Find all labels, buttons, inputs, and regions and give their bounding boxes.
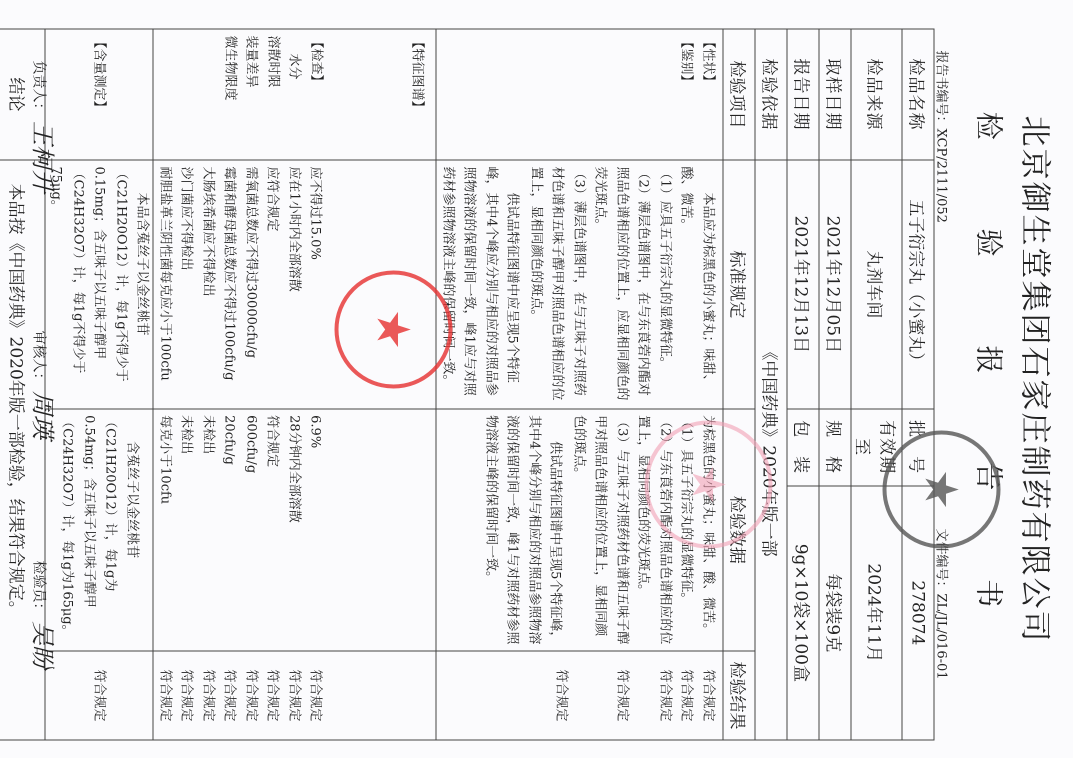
data-text: 每克小于10cfu [154,415,176,644]
result-text: 符合规定 [283,658,305,734]
data-text: 6.9% [305,415,327,644]
responsible-signature: 王柯升 [29,121,57,193]
fingerprint-data: 供试品特征图谱中呈现5个特征峰，其中4个峰分别与相应的对照品参照物溶液的保留时间… [480,415,566,644]
fingerprint-standard: 供试品特征图谱中应呈现5个特征峰，其中4个峰应分别与相应的对照品参照物溶液的保留… [437,167,523,403]
data-text: 未检出 [197,415,219,644]
result-text: 符合规定 [262,658,284,734]
standard-text: 大肠埃希菌应不得检出 [197,167,219,403]
report-number-label: 报告书编号： [934,51,949,129]
label: 有效期至 [851,409,902,486]
file-number-label: 文件编号： [934,529,949,594]
reviewer-label: 审核人： [31,331,47,387]
standard-text: 耐胆盐革兰阴性菌每克应小于100cfu [154,167,176,403]
identity-items: 【性状】 【鉴别】 [437,29,724,160]
signature-reviewer: 审核人： 周瑛 [28,331,63,439]
signature-responsible: 负责人： 王柯升 [28,61,63,193]
standard-text: 需氧菌总数应不得过30000cfu/g [240,167,262,403]
result-text: 符合规定 [154,658,176,734]
item-weight-variation: 装量差异 [241,36,263,154]
standard-text: （2）薄层色谱图中，在与东莨菪内酯对照品色谱相应的位置上，应显相同颜色的荧光斑点… [590,167,655,403]
product-name: 五子衍宗丸（小蜜丸） [902,160,934,409]
file-number-value: ZL/JL/016-01 [934,594,949,680]
result-text: 符合规定 [197,658,219,734]
data-text: （1）具五子衍宗丸的显微特征。 [676,415,698,644]
label: 批 号 [902,409,934,486]
checks-data: 6.9% 28分钟内全部溶散 符合规定 600cfu/g 20cfu/g 未检出… [154,409,437,651]
result-text: 符合规定 [240,658,262,734]
result-text: 符合规定 [305,658,327,734]
signature-inspector: 检验员： 吴盼 [28,561,63,669]
label: 包 装 [787,409,819,486]
standard-text: （1）应具五子衍宗丸的显微特征。 [654,167,676,403]
inspector-signature: 吴盼 [29,621,57,669]
item-assay: 【含量测定】 [89,36,111,154]
identity-data: 为棕黑色的小蜜丸；味甜、酸、微苦。 （1）具五子衍宗丸的显微特征。 （2）与东莨… [437,409,724,651]
standard-text: 应不得过15.0% [305,167,327,403]
report-number: 报告书编号：XCP/2111/052 [934,51,953,223]
table-row: 【特征图谱】 【检查】 水分 溶散时限 装量差异 微生物限度 应不得过15.0%… [154,29,437,740]
item-identification: 【鉴别】 [676,36,698,154]
item-checks: 【检查】 [305,36,327,154]
checks-standard: 应不得过15.0% 应在1小时内全部溶散 应符合规定 需氧菌总数应不得过3000… [154,160,437,409]
item-fingerprint: 【特征图谱】 [407,36,429,154]
inspector-label: 检验员： [31,561,47,617]
col-item: 检验项目 [723,29,755,160]
standard-text: （3）薄层色谱图中，在与五味子对照药材色谱和五味子醇甲对照品色谱相应的位置上，显… [525,167,590,403]
info-row: 检验依据 《中国药典》2020年版一部 [755,29,787,740]
sample-source: 丸剂车间 [851,160,902,409]
company-title: 北京御生堂集团石家庄制药有限公司 [1016,1,1061,758]
document-title: 检 验 报 告 书 [971,1,1011,758]
inspection-report-page: 北京御生堂集团石家庄制药有限公司 检 验 报 告 书 报告书编号：XCP/211… [0,1,1073,758]
data-text: （2）与东莨菪内酯对照品色谱相应的位置上，显相同颜色的荧光斑点。 [633,415,676,644]
item-disintegration: 溶散时限 [262,36,284,154]
info-row: 报告日期 2021年12月13日 包 装 9g×10袋×100盒 [787,29,819,740]
data-text: 符合规定 [262,415,284,644]
data-text: （3）与五味子对照药材色谱和五味子醇甲对照品色谱相应的位置上，显相同颜色的斑点。 [568,415,633,644]
result-text: 符合规定 [676,658,698,734]
report-date: 2021年12月13日 [787,160,819,409]
label: 检品名称 [902,29,934,160]
file-number: 文件编号：ZL/JL/016-01 [934,529,953,680]
result-text: 符合规定 [219,658,241,734]
result-text: 符合规定 [550,658,572,734]
col-data: 检验数据 [723,409,755,651]
info-row: 检品名称 五子衍宗丸（小蜜丸） 批 号 278074 [902,29,934,740]
item-appearance: 【性状】 [697,36,719,154]
label: 检验依据 [755,29,787,160]
inspection-basis: 《中国药典》2020年版一部 [755,160,787,740]
column-header-row: 检验项目 标准规定 检验数据 检验结果 [723,29,755,740]
report-table: 检品名称 五子衍宗丸（小蜜丸） 批 号 278074 检品来源 丸剂车间 有效期… [0,29,935,741]
info-row: 检品来源 丸剂车间 有效期至 2024年11月 [851,29,902,740]
standard-text: 本品应为棕黑色的小蜜丸；味甜、酸、微苦。 [676,167,719,403]
result-text: 符合规定 [612,658,634,734]
batch-number: 278074 [902,486,934,740]
reviewer-signature: 周瑛 [29,391,57,439]
specification: 每袋装9克 [819,486,851,740]
standard-text: 沙门菌应不得检出 [176,167,198,403]
responsible-label: 负责人： [31,61,47,117]
package: 9g×10袋×100盒 [787,486,819,740]
data-text: 28分钟内全部溶散 [283,415,305,644]
label: 规 格 [819,409,851,486]
sample-date: 2021年12月05日 [819,160,851,409]
report-number-value: XCP/2111/052 [934,129,949,223]
label: 检品来源 [851,29,902,160]
item-microbial-limit: 微生物限度 [219,36,241,154]
standard-text: 应在1小时内全部溶散 [283,167,305,403]
fingerprint-item: 【特征图谱】 【检查】 水分 溶散时限 装量差异 微生物限度 [154,29,437,160]
col-result: 检验结果 [723,651,755,740]
identity-results: 符合规定 符合规定 符合规定 符合规定 符合规定 [437,651,724,740]
result-text: 符合规定 [654,658,676,734]
checks-results: 符合规定 符合规定 符合规定 符合规定 符合规定 符合规定 符合规定 符合规定 [154,651,437,740]
label: 取样日期 [819,29,851,160]
col-standard: 标准规定 [723,160,755,409]
data-text: 600cfu/g [240,415,262,644]
standard-text: 霉菌和酵母菌总数应不得过100cfu/g [219,167,241,403]
standard-text: 应符合规定 [262,167,284,403]
info-row: 取样日期 2021年12月05日 规 格 每袋装9克 [819,29,851,740]
data-text: 20cfu/g [219,415,241,644]
item-moisture: 水分 [284,36,306,154]
data-text: 未检出 [176,415,198,644]
result-text: 符合规定 [697,658,719,734]
result-text: 符合规定 [176,658,198,734]
table-row: 【性状】 【鉴别】 本品应为棕黑色的小蜜丸；味甜、酸、微苦。 （1）应具五子衍宗… [437,29,724,740]
label: 报告日期 [787,29,819,160]
data-text: 为棕黑色的小蜜丸；味甜、酸、微苦。 [697,415,719,644]
expiry-date: 2024年11月 [851,486,902,740]
identity-standard: 本品应为棕黑色的小蜜丸；味甜、酸、微苦。 （1）应具五子衍宗丸的显微特征。 （2… [437,160,724,409]
